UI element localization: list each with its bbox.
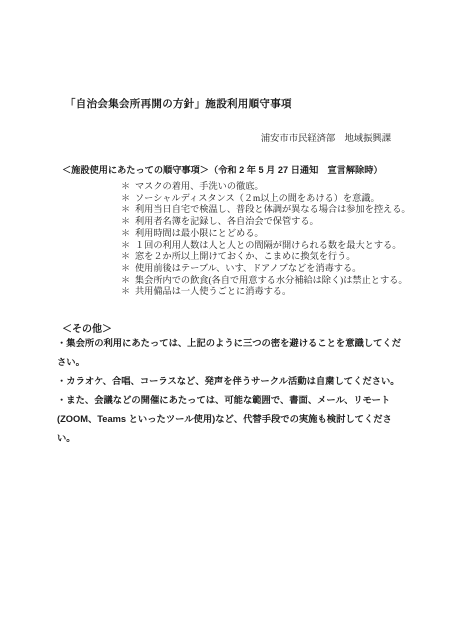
rule-item: ＊窓を２か所以上開けておくか、こまめに換気を行う。 (121, 251, 433, 263)
bullet-marker: ＊ (121, 193, 135, 205)
others-list: ・集会所の利用にあたっては、上記のように三つの密を避けることを意識してください。… (57, 334, 405, 448)
rule-item: ＊ソーシャルディスタンス（２m以上の間をあける）を意識。 (121, 193, 433, 205)
rules-section-heading: ＜施設使用にあたっての順守事項＞（令和 2 年 5 月 27 日通知 宣言解除時… (62, 162, 383, 176)
rule-item: ＊利用時間は最小限にとどめる。 (121, 228, 433, 240)
rule-item: ＊集会所内での飲食(各自で用意する水分補給は除く)は禁止とする。 (121, 275, 433, 287)
item-text: 窓を２か所以上開けておくか、こまめに換気を行う。 (135, 251, 433, 263)
item-text: 使用前後はテーブル、いす、ドアノブなどを消毒する。 (135, 263, 433, 275)
rule-item: ＊共用備品は一人使うごとに消毒する。 (121, 286, 433, 298)
bullet-marker: ＊ (121, 216, 135, 228)
bullet-marker: ＊ (121, 181, 135, 193)
note-item: ・カラオケ、合唱、コーラスなど、発声を伴うサークル活動は自粛してください。 (57, 372, 405, 391)
bullet-marker: ＊ (121, 263, 135, 275)
rule-item: ＊使用前後はテーブル、いす、ドアノブなどを消毒する。 (121, 263, 433, 275)
department-byline: 浦安市市民経済部 地域振興課 (261, 130, 391, 144)
rule-item: ＊マスクの着用、手洗いの徹底。 (121, 181, 433, 193)
bullet-marker: ＊ (121, 275, 135, 287)
item-text: ソーシャルディスタンス（２m以上の間をあける）を意識。 (135, 193, 433, 205)
rules-list: ＊マスクの着用、手洗いの徹底。＊ソーシャルディスタンス（２m以上の間をあける）を… (121, 181, 433, 298)
bullet-marker: ＊ (121, 204, 135, 216)
rule-item: ＊利用者名簿を記録し、各自治会で保管する。 (121, 216, 433, 228)
bullet-marker: ＊ (121, 286, 135, 298)
note-item: ・また、会議などの開催にあたっては、可能な範囲で、書面、メール、リモート(ZOO… (57, 391, 405, 448)
item-text: 集会所内での飲食(各自で用意する水分補給は除く)は禁止とする。 (135, 275, 433, 287)
rule-item: ＊利用当日自宅で検温し、普段と体調が異なる場合は参加を控える。 (121, 204, 433, 216)
document-page: 「自治会集会所再開の方針」施設利用順守事項 浦安市市民経済部 地域振興課 ＜施設… (0, 0, 453, 640)
bullet-marker: ＊ (121, 251, 135, 263)
item-text: 共用備品は一人使うごとに消毒する。 (135, 286, 433, 298)
others-section-heading: ＜その他＞ (62, 320, 112, 335)
bullet-marker: ＊ (121, 240, 135, 252)
rule-item: ＊１回の利用人数は人と人との間隔が開けられる数を最大とする。 (121, 240, 433, 252)
bullet-marker: ＊ (121, 228, 135, 240)
item-text: 利用当日自宅で検温し、普段と体調が異なる場合は参加を控える。 (135, 204, 433, 216)
item-text: 利用時間は最小限にとどめる。 (135, 228, 433, 240)
item-text: マスクの着用、手洗いの徹底。 (135, 181, 433, 193)
item-text: １回の利用人数は人と人との間隔が開けられる数を最大とする。 (135, 240, 433, 252)
document-title: 「自治会集会所再開の方針」施設利用順守事項 (65, 96, 292, 111)
item-text: 利用者名簿を記録し、各自治会で保管する。 (135, 216, 433, 228)
note-item: ・集会所の利用にあたっては、上記のように三つの密を避けることを意識してください。 (57, 334, 405, 372)
